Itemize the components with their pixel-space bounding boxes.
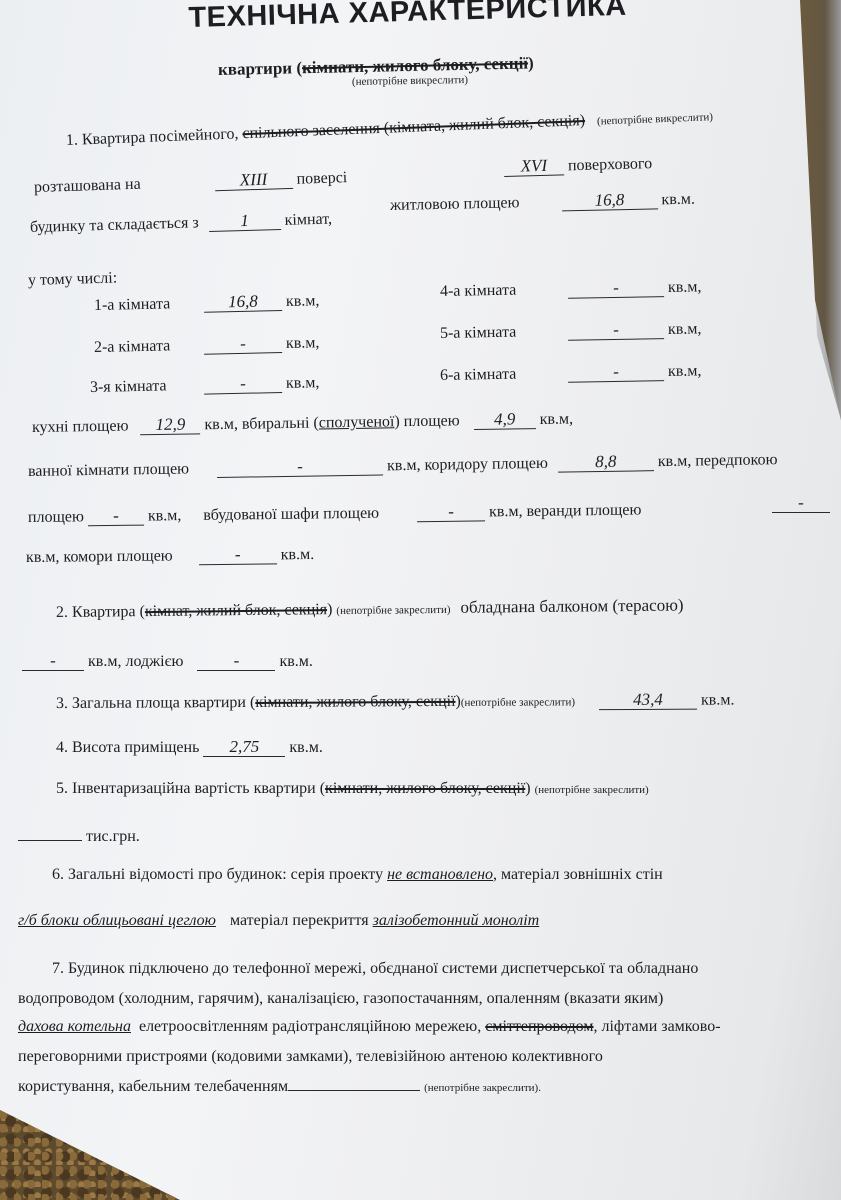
including-label: у тому числі:	[28, 270, 118, 290]
section2-suffix: )	[327, 601, 333, 618]
section5-suffix: )	[525, 780, 530, 797]
floor-label: поверсі	[296, 169, 347, 188]
storage-unit: кв.м.	[281, 546, 315, 563]
height-field[interactable]: 2,75	[203, 738, 285, 757]
section7-line5-text: користування, кабельним телебаченням	[18, 1078, 288, 1095]
section2-struck: кімнат, жилий блок, секція	[145, 601, 327, 620]
section3-note: (непотрібне закреслити)	[461, 696, 575, 709]
section4-label: 4. Висота приміщень	[56, 739, 199, 756]
room-5-unit: кв.м,	[668, 320, 702, 338]
room-5-field[interactable]: -	[568, 320, 664, 341]
project-series-field[interactable]: не встановлено	[387, 866, 493, 883]
section5-note: (непотрібне закреслити)	[535, 784, 649, 796]
corridor-field[interactable]: 8,8	[558, 452, 654, 473]
wc-unit: кв.м,	[539, 411, 573, 429]
section3-struck: кімнати, жилого блоку, секції	[255, 693, 455, 711]
room-2-field[interactable]: -	[204, 334, 282, 355]
heating-type-field[interactable]: дахова котельна	[18, 1018, 131, 1035]
bath-field[interactable]: -	[217, 456, 383, 478]
wardrobe-label: вбудованої шафи площею	[203, 505, 379, 524]
section6-row1: 6. Загальні відомості про будинок: серія…	[52, 866, 663, 884]
section7-line1: 7. Будинок підключено до телефонної мере…	[52, 960, 698, 978]
consists-label: будинку та складається з	[30, 214, 199, 236]
room-3-field[interactable]: -	[204, 374, 282, 395]
storage-label: кв.м, комори площею	[26, 547, 173, 566]
room-4-unit: кв.м,	[668, 278, 702, 296]
room-3-unit: кв.м,	[286, 374, 320, 392]
section5-struck: кімнати, жилого блоку, секції	[325, 780, 525, 797]
wc-field[interactable]: 4,9	[473, 410, 535, 430]
balcony-unit: кв.м, лоджією	[88, 653, 183, 670]
storage-row: кв.м, комори площею - кв.м.	[26, 545, 314, 567]
kitchen-label: кухні площею	[32, 417, 129, 436]
room-4-field[interactable]: -	[568, 278, 664, 299]
room-1-field[interactable]: 16,8	[204, 292, 282, 313]
section7-line3: дахова котельна елетроосвітленням радіот…	[18, 1018, 721, 1036]
wc-label: ) площею	[394, 412, 460, 430]
floor-field[interactable]: XIII	[214, 170, 293, 191]
room-4-label: 4-а кімната	[440, 281, 568, 301]
kitchen-field[interactable]: 12,9	[140, 415, 200, 435]
walls-material-field[interactable]: г/б блоки облицьовані цеглою	[18, 912, 216, 929]
balcony-field[interactable]: -	[22, 652, 84, 671]
corridor-unit: кв.м, передпокою	[658, 451, 778, 470]
section3-prefix: 3. Загальна площа квартири (	[56, 694, 255, 712]
section7-line4: переговорними пристроями (кодовими замка…	[18, 1048, 603, 1066]
room-2-unit: кв.м,	[286, 334, 320, 352]
room-6-field[interactable]: -	[568, 362, 664, 383]
veranda-field-wrap: -	[772, 494, 830, 513]
section3-unit: кв.м.	[701, 691, 735, 708]
veranda-field[interactable]: -	[772, 494, 830, 513]
walls-label: , матеріал зовнішніх стін	[493, 866, 663, 883]
section7-line3-struck: сміттепроводом	[485, 1018, 593, 1035]
living-area-unit: кв.м.	[661, 191, 695, 209]
kitchen-unit: кв.м, вбиральні (	[204, 414, 319, 433]
floors-material-field[interactable]: залізобетонний моноліт	[373, 912, 540, 929]
section7-line3-end: , ліфтами замково-	[593, 1018, 720, 1035]
living-area-label: житловою площею	[390, 194, 520, 214]
section2-text: обладнана балконом (терасою)	[460, 595, 683, 616]
subtitle-suffix: )	[528, 53, 534, 72]
section6-prefix: 6. Загальні відомості про будинок: серія…	[52, 866, 383, 883]
section3-row: 3. Загальна площа квартири (кімнати, жил…	[56, 690, 735, 713]
room-2-label: 2-а кімната	[94, 337, 204, 357]
bath-label: ванної кімнати площею	[28, 460, 189, 480]
room-6-label: 6-а кімната	[440, 365, 568, 385]
section5-row: 5. Інвентаризаційна вартість квартири (к…	[56, 780, 649, 798]
loggia-unit: кв.м.	[279, 653, 312, 670]
section7-line5: користування, кабельним телебаченням (не…	[18, 1078, 541, 1096]
loggia-field[interactable]: -	[197, 652, 275, 671]
inventory-value-unit: тис.грн.	[86, 828, 140, 845]
section4-row: 4. Висота приміщень2,75 кв.м.	[56, 738, 323, 757]
room-5-label: 5-а кімната	[440, 323, 568, 343]
storage-field[interactable]: -	[199, 545, 277, 565]
section4-unit: кв.м.	[289, 739, 322, 756]
section7-line2: водопроводом (холодним, гарячим), каналі…	[18, 990, 663, 1008]
room-6-unit: кв.м,	[668, 362, 702, 380]
floors-label: матеріал перекриття	[230, 912, 369, 929]
section7-line5-note: (непотрібне закреслити).	[424, 1082, 541, 1094]
section5-prefix: 5. Інвентаризаційна вартість квартири (	[56, 780, 325, 797]
subtitle-struck: кімнати, жилого блоку, секції	[302, 54, 528, 78]
living-area-field[interactable]: 16,8	[561, 190, 657, 211]
section7-line3-text: елетроосвітленням радіотрансляційною мер…	[139, 1018, 481, 1035]
building-floors-field[interactable]: XVI	[504, 156, 564, 177]
room-1-label: 1-а кімната	[94, 295, 204, 315]
building-floors-row: XVI поверхового	[504, 154, 653, 177]
wardrobe-unit: кв.м, веранди площею	[489, 502, 642, 521]
cable-tv-field[interactable]	[288, 1090, 420, 1091]
section2-note: (непотрібне закреслити)	[336, 604, 450, 617]
located-label: розташована на	[34, 176, 141, 196]
section2-prefix: 2. Квартира (	[56, 603, 145, 621]
rooms-count-label: кімнат,	[284, 211, 332, 229]
building-floors-label: поверхового	[568, 155, 653, 174]
inventory-value-row: тис.грн.	[18, 828, 140, 846]
hall-label: площею	[28, 508, 84, 526]
wardrobe-field[interactable]: -	[417, 502, 485, 522]
hall-field[interactable]: -	[88, 507, 144, 527]
bath-unit: кв.м, коридору площею	[387, 455, 548, 475]
room-1-unit: кв.м,	[286, 292, 320, 310]
room-3-label: 3-я кімната	[90, 377, 204, 397]
total-area-field[interactable]: 43,4	[599, 691, 697, 711]
hall-unit: кв.м,	[148, 507, 182, 524]
rooms-count-field[interactable]: 1	[208, 211, 281, 232]
balcony-row: - кв.м, лоджією - кв.м.	[22, 652, 313, 671]
section6-row2: г/б блоки облицьовані цеглою матеріал пе…	[18, 912, 539, 930]
section1-intro-note: (непотрібне викреслити)	[597, 111, 713, 127]
bathroom-type: сполученої	[319, 413, 395, 431]
subtitle-prefix: квартири (	[218, 58, 302, 79]
inventory-value-field[interactable]	[18, 840, 82, 841]
subtitle-note: (непотрібне викреслити)	[352, 74, 468, 88]
